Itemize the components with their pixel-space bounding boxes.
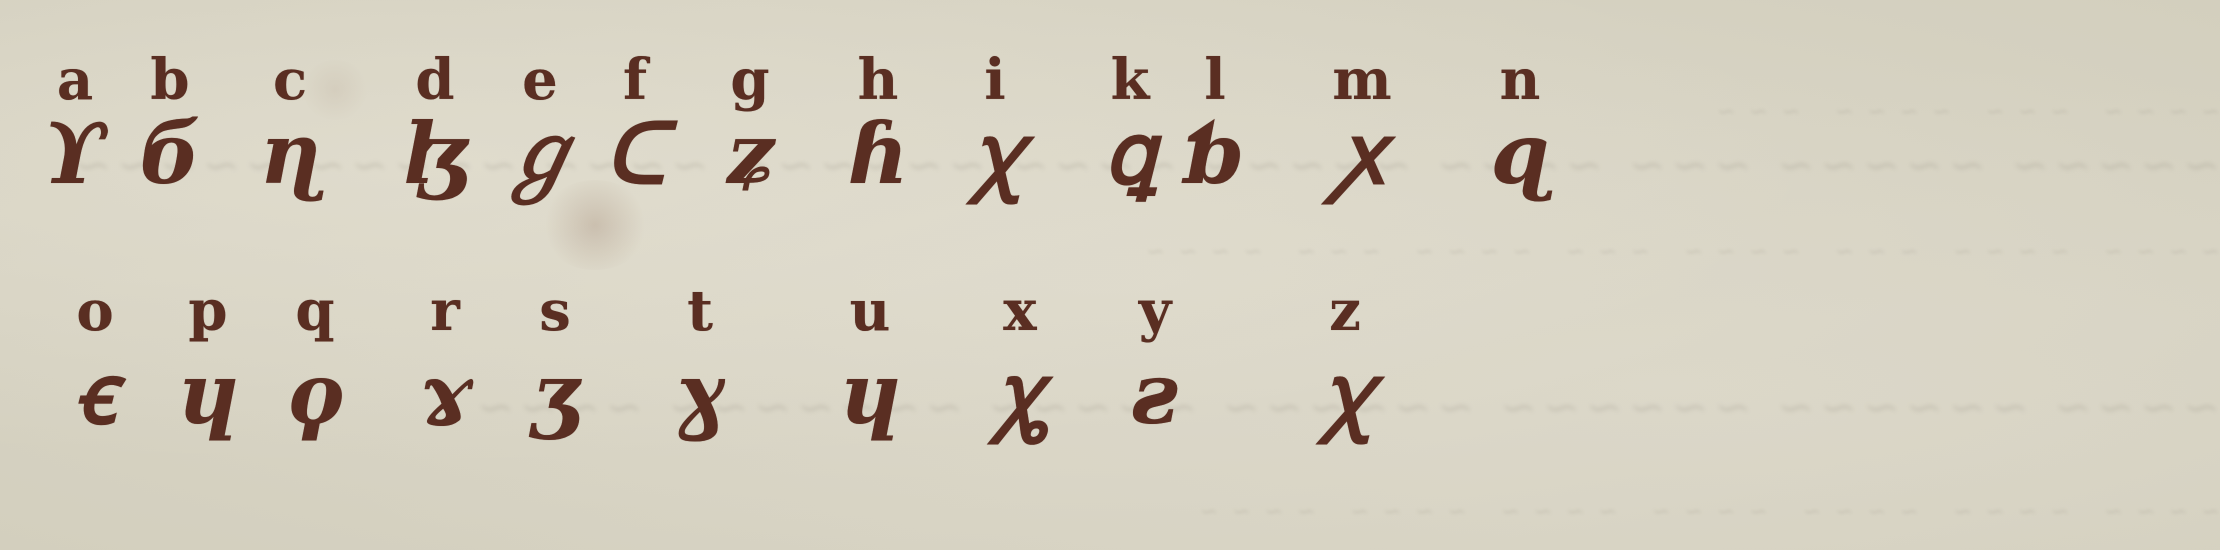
plaintext-letter-t: t	[687, 283, 713, 339]
plaintext-letter-i: i	[984, 52, 1005, 108]
cipher-glyph-g: ʑ	[726, 112, 774, 196]
cipher-glyph-a: ϒ	[43, 112, 107, 196]
plaintext-letter-o: o	[76, 283, 113, 339]
cipher-glyph-b: б	[140, 112, 201, 196]
plaintext-letter-d: d	[415, 52, 454, 108]
cipher-glyph-l: ƅ	[1186, 112, 1245, 196]
bleed-through-line: ~~~~ ~~~~ ~~~ ~~~~ ~~~ ~~~~ ~~~ ~~~~	[100, 240, 2220, 264]
cipher-glyph-n: ɋ	[1491, 112, 1550, 196]
bleed-through-line: ~~~~ ~~~~~~ ~~~~~~ ~~~~~~ ~~~~~ ~~~~~~~ …	[320, 382, 2220, 428]
plaintext-letter-b: b	[150, 52, 189, 108]
cipher-glyph-s: ʒ	[531, 352, 579, 436]
plaintext-letter-a: a	[57, 52, 93, 108]
plaintext-letter-m: m	[1332, 52, 1391, 108]
cipher-glyph-k: ꝗ	[1103, 112, 1156, 196]
plaintext-letter-q: q	[295, 283, 334, 339]
cipher-glyph-q: ϙ	[287, 352, 343, 436]
plaintext-letter-k: k	[1111, 52, 1150, 108]
cipher-glyph-c: ɳ	[259, 112, 320, 196]
cipher-glyph-m: ꭗ	[1340, 112, 1385, 196]
cipher-glyph-z: ꭓ	[1322, 352, 1368, 436]
plaintext-letter-h: h	[858, 52, 899, 108]
plaintext-letter-g: g	[730, 52, 769, 108]
cipher-glyph-f: ᑕ	[604, 112, 665, 196]
cipher-glyph-y: ƨ	[1131, 352, 1178, 436]
plaintext-letter-r: r	[430, 283, 460, 339]
cipher-glyph-p: ɥ	[177, 352, 238, 436]
cipher-glyph-u: ɥ	[839, 352, 900, 436]
cipher-glyph-o: ꞓ	[75, 352, 115, 436]
cipher-glyph-i: ꭓ	[972, 112, 1018, 196]
plaintext-letter-c: c	[273, 52, 307, 108]
cipher-glyph-d: ɮ	[402, 112, 469, 196]
plaintext-letter-n: n	[1500, 52, 1541, 108]
cipher-glyph-h: ɦ	[847, 112, 908, 196]
bleed-through-line: ~~~~ ~~~~ ~~~~ ~~~~ ~~~~ ~~~~ ~~~~	[200, 500, 2220, 524]
cipher-glyph-r: ɤ	[419, 352, 472, 436]
plaintext-letter-s: s	[539, 283, 571, 339]
plaintext-letter-e: e	[522, 52, 558, 108]
plaintext-letter-x: x	[1003, 283, 1036, 339]
plaintext-letter-z: z	[1329, 283, 1361, 339]
cipher-glyph-x: ꭔ	[996, 352, 1045, 436]
cipher-glyph-e: ℊ	[498, 112, 582, 196]
plaintext-letter-f: f	[623, 52, 647, 108]
plaintext-letter-u: u	[850, 283, 891, 339]
plaintext-letter-y: y	[1139, 283, 1172, 339]
plaintext-letter-l: l	[1204, 52, 1225, 108]
plaintext-letter-p: p	[188, 283, 227, 339]
cipher-glyph-t: ɣ	[675, 352, 725, 436]
